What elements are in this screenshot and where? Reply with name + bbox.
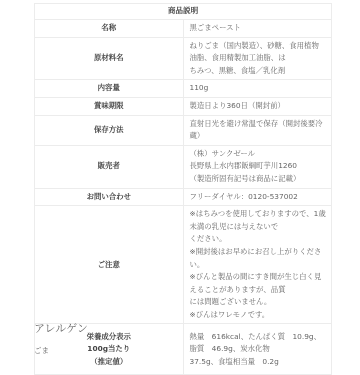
allergen-value: ごま bbox=[34, 346, 88, 356]
value-line: （株）サンクゼール bbox=[190, 148, 327, 161]
row-value: フリーダイヤル：0120-537002 bbox=[183, 188, 332, 206]
row-label: 内容量 bbox=[35, 80, 184, 98]
value-line: には問題ございません。 bbox=[190, 296, 327, 309]
value-line: 直射日光を避け常温で保存（開封後要冷蔵） bbox=[190, 118, 327, 143]
row-label: ご注意 bbox=[35, 206, 184, 324]
row-label: 原材料名 bbox=[35, 37, 184, 80]
row-label: 保存方法 bbox=[35, 115, 184, 145]
row-value: ※はちみつを使用しておりますので、1歳未満の乳児には与えないで ください。 ※開… bbox=[183, 206, 332, 324]
allergen-section: アレルゲン ごま bbox=[34, 322, 88, 356]
table-row-ingredients: 原材料名 ねりごま（国内製造）、砂糖、食用植物油脂、食用精製加工油脂、は ちみつ… bbox=[35, 37, 332, 80]
row-value: 製造日より360日（開封前） bbox=[183, 97, 332, 115]
row-value: 黒ごまペースト bbox=[183, 20, 332, 38]
value-line: 熱量 616kcal、たんぱく質 10.9g、脂質 46.9g、炭水化物 bbox=[190, 331, 327, 356]
table-caption-row: 商品説明 bbox=[35, 4, 332, 20]
allergen-heading: アレルゲン bbox=[34, 322, 88, 336]
value-line: ※びんと製品の間にすき間が生じ白く見えることがありますが、品質 bbox=[190, 271, 327, 296]
value-line: ※はちみつを使用しておりますので、1歳未満の乳児には与えないで bbox=[190, 208, 327, 233]
row-label: お問い合わせ bbox=[35, 188, 184, 206]
table-row-caution: ご注意 ※はちみつを使用しておりますので、1歳未満の乳児には与えないで ください… bbox=[35, 206, 332, 324]
value-line: ※びんはワレモノです。 bbox=[190, 309, 327, 322]
label-line: （推定値） bbox=[35, 356, 183, 360]
value-line: 37.5g、食塩相当量 0.2g bbox=[190, 356, 327, 360]
table-row-best-before: 賞味期限 製造日より360日（開封前） bbox=[35, 97, 332, 115]
value-line: 黒ごまペースト bbox=[190, 22, 327, 35]
value-line: 110g bbox=[190, 82, 327, 95]
product-spec-table: 商品説明 名称 黒ごまペースト 原材料名 ねりごま（国内製造）、砂糖、食用植物油… bbox=[34, 3, 332, 360]
value-line: ※開封後はお早めにお召し上がりください。 bbox=[190, 246, 327, 271]
value-line: ちみつ、黒糖、食塩／乳化剤 bbox=[190, 65, 327, 78]
row-value: ねりごま（国内製造）、砂糖、食用植物油脂、食用精製加工油脂、は ちみつ、黒糖、食… bbox=[183, 37, 332, 80]
table-row-name: 名称 黒ごまペースト bbox=[35, 20, 332, 38]
value-line: ねりごま（国内製造）、砂糖、食用植物油脂、食用精製加工油脂、は bbox=[190, 40, 327, 65]
value-line: フリーダイヤル：0120-537002 bbox=[190, 191, 327, 204]
row-value: （株）サンクゼール 長野県上水内郡飯綱町芋川1260 （製造所固有記号は商品に記… bbox=[183, 145, 332, 188]
table-row-seller: 販売者 （株）サンクゼール 長野県上水内郡飯綱町芋川1260 （製造所固有記号は… bbox=[35, 145, 332, 188]
row-value: 熱量 616kcal、たんぱく質 10.9g、脂質 46.9g、炭水化物 37.… bbox=[183, 324, 332, 360]
table-row-quantity: 内容量 110g bbox=[35, 80, 332, 98]
row-label: 販売者 bbox=[35, 145, 184, 188]
product-spec-section: 商品説明 名称 黒ごまペースト 原材料名 ねりごま（国内製造）、砂糖、食用植物油… bbox=[34, 3, 332, 360]
table-caption: 商品説明 bbox=[35, 4, 332, 20]
value-line: 長野県上水内郡飯綱町芋川1260 bbox=[190, 160, 327, 173]
table-row-contact: お問い合わせ フリーダイヤル：0120-537002 bbox=[35, 188, 332, 206]
value-line: （製造所固有記号は商品に記載） bbox=[190, 173, 327, 186]
row-label: 賞味期限 bbox=[35, 97, 184, 115]
value-line: ください。 bbox=[190, 233, 327, 246]
row-value: 直射日光を避け常温で保存（開封後要冷蔵） bbox=[183, 115, 332, 145]
value-line: 製造日より360日（開封前） bbox=[190, 100, 327, 113]
row-value: 110g bbox=[183, 80, 332, 98]
table-row-storage: 保存方法 直射日光を避け常温で保存（開封後要冷蔵） bbox=[35, 115, 332, 145]
row-label: 名称 bbox=[35, 20, 184, 38]
